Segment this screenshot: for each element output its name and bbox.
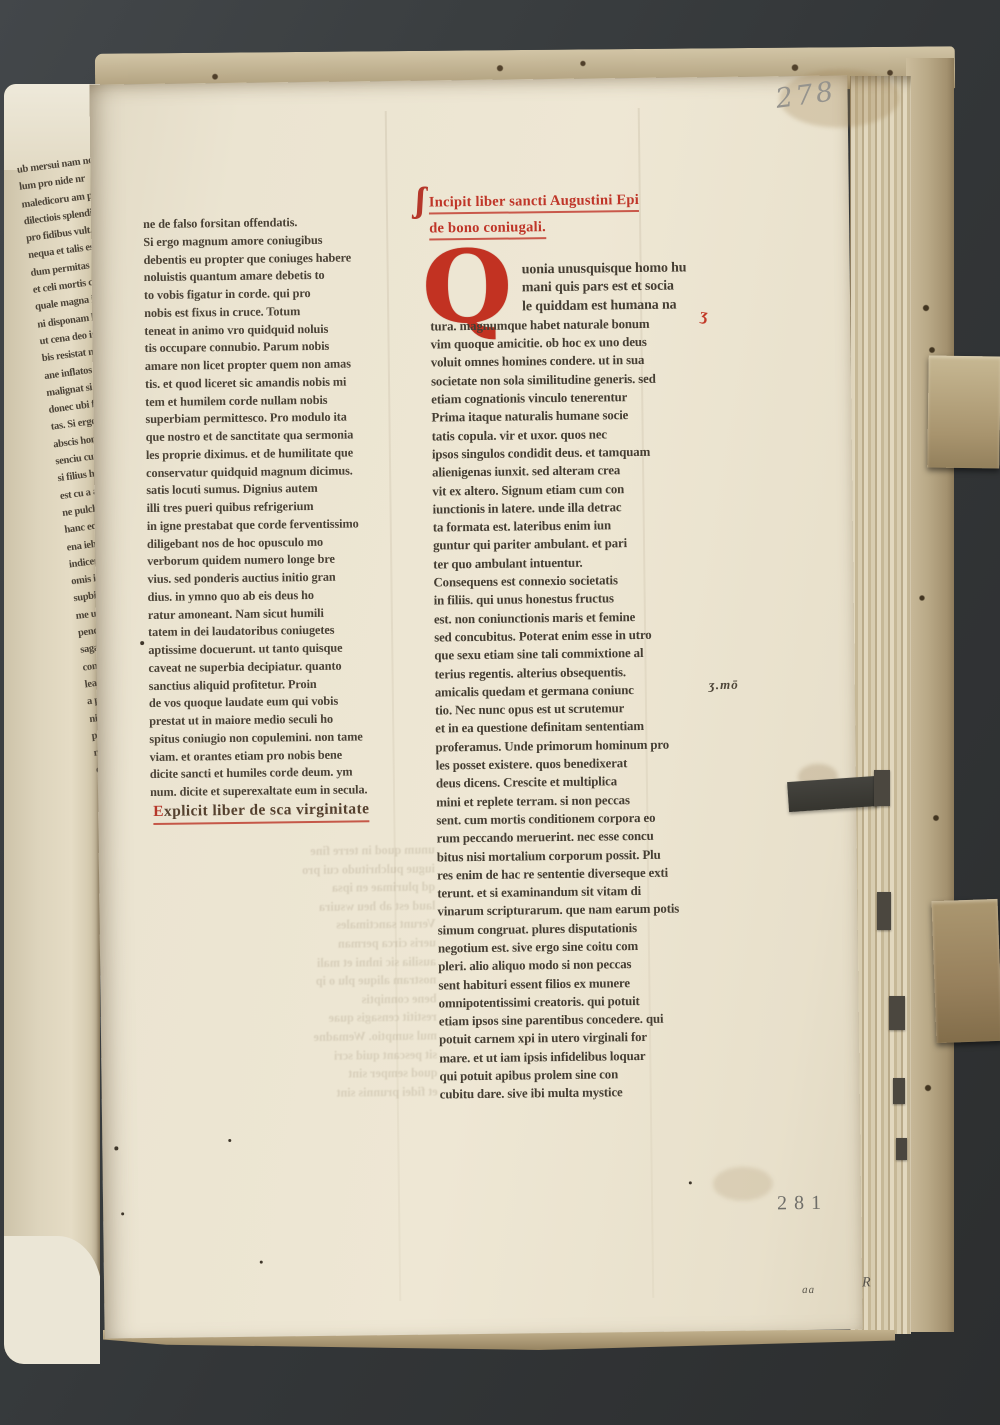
margin-note: ʒ.mō xyxy=(709,677,739,693)
left-text-column: ne de falso forsitan offendatis.Si ergo … xyxy=(143,213,430,802)
wormhole-speck xyxy=(121,1212,124,1215)
wormhole-speck xyxy=(260,1261,263,1264)
ink-showthrough-text: unum quod in terre fineiugue pulchritudo… xyxy=(149,841,439,1174)
manuscript-line: num. dicite et superexaltate eum in secu… xyxy=(150,781,430,802)
previous-leaf-text: ub mersui nam nolum pro nide nrmaledicor… xyxy=(16,141,100,1019)
bookmark-tab-edge xyxy=(889,996,905,1030)
bookmark-tab-edge xyxy=(893,1078,905,1104)
right-text-column: uonia unusquisque homo humani quis pars … xyxy=(430,259,744,1104)
bookmark-tab-edge xyxy=(877,892,891,930)
explicit-rubric: Explicit liber de sca virginitate xyxy=(153,800,369,825)
vellum-clasp-strap-upper xyxy=(927,356,1000,469)
manuscript-line: cubitu dare. sive ibi multa mystice xyxy=(440,1082,744,1104)
previous-leaf-curl-bottom xyxy=(4,1236,100,1364)
incipit-rubric-line1: Incipit liber sancti Augustini Epi xyxy=(429,192,639,215)
wormhole-speck xyxy=(140,641,144,645)
bookmark-tab-edge xyxy=(874,770,890,806)
bottom-left-mark: aa xyxy=(802,1284,815,1296)
wormhole-speck xyxy=(114,1146,118,1150)
manuscript-photo-scene: ub mersui nam nolum pro nide nrmaledicor… xyxy=(0,0,1000,1425)
book-cover-fore-edge xyxy=(906,58,954,1332)
parchment-stain xyxy=(713,1166,773,1201)
manuscript-page: ne de falso forsitan offendatis.Si ergo … xyxy=(89,75,862,1338)
bookmark-tab-edge xyxy=(896,1138,907,1160)
wormhole-speck xyxy=(689,1181,692,1184)
vellum-clasp-strap-lower xyxy=(932,899,1000,1043)
folio-number-stamp: 281 xyxy=(777,1192,828,1216)
showthrough-line: et fidei prunnis sint xyxy=(152,1082,438,1104)
previous-leaf-edge: ub mersui nam nolum pro nide nrmaledicor… xyxy=(4,84,100,1364)
leather-bookmark-tab xyxy=(787,776,879,812)
incipit-flourish-mark: ʃ xyxy=(414,178,427,221)
bottom-right-mark: R xyxy=(862,1275,871,1291)
